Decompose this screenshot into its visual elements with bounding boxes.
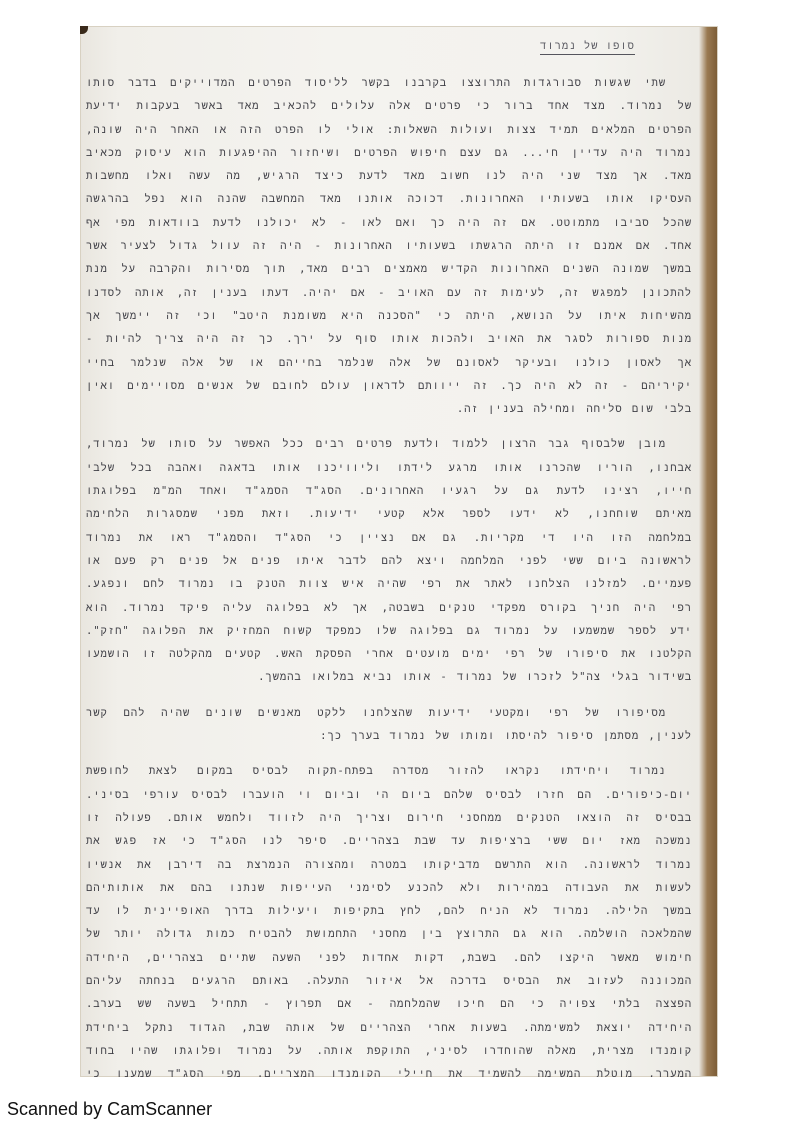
text-line: מהשיחות איתו על הנושא, היתה כי "הסכנה הי… (86, 305, 692, 328)
text-line: שתי שגשות סבורגדות התרוצצו בקרבנו בקשר ל… (86, 72, 692, 95)
text-line: שהכל סביבו מתמוטט. אם זה היה כך ואם לאו … (86, 212, 692, 235)
text-line: בלבי שום סליחה ומחילה בענין זה. (86, 398, 692, 421)
document-body: שתי שגשות סבורגדות התרוצצו בקרבנו בקשר ל… (86, 72, 692, 1077)
text-line: העסיקו אותו בשעותיו האחרונות. דכוכה אותנ… (86, 188, 692, 211)
text-line: המכוננה לעזוב את הבסיס בדרכה אל איזור הת… (86, 970, 692, 993)
camscanner-watermark: Scanned by CamScanner (7, 1099, 212, 1120)
text-line: היחידה יוצאת למשימתה. בשעות אחרי הצהריים… (86, 1017, 692, 1040)
text-line: בשידור בגלי צה"ל לזכרו של נמרוד - אותו נ… (86, 666, 692, 689)
text-line: קומנדו מצרית, מאלה שהוחדרו לסיני, התוקפת… (86, 1040, 692, 1063)
text-line: הקלטנו את סיפורו של רפי ימים מועטים אחרי… (86, 643, 692, 666)
text-line: רפי היה חניך בקורס מפקדי טנקים בשבטה, אך… (86, 597, 692, 620)
text-line: יקיריהם - זה לא היה כך. זה ייוותם לדראון… (86, 375, 692, 398)
paragraph-gap (86, 748, 692, 760)
text-line: של נמרוד. מצד אחד ברור כי פרטים אלה עלול… (86, 95, 692, 118)
text-line: במלחמה הזו היו די מקריות. גם אם נציין כי… (86, 527, 692, 550)
text-line: נמרוד היה עדיין חי... גם עצם חיפוש הפרטי… (86, 142, 692, 165)
text-line: ידע לספר שמשמעו על נמרוד גם בפלוגה שלו כ… (86, 620, 692, 643)
text-line: מנות ספורות לסגר את האויב ולהכות אותו סו… (86, 328, 692, 351)
text-line: לראשונה ביום ששי לפני המלחמה ויצא להם לד… (86, 550, 692, 573)
text-line: אך לאסון כולנו ובעיקר לאסונם של אלה שנלמ… (86, 352, 692, 375)
text-line: מאד. אך מצד שני היה לנו חשוב מאד לדעת כי… (86, 165, 692, 188)
text-line: בבסיס זה הוצאו הטנקים ממחסני חירום וצריך… (86, 807, 692, 830)
text-line: להתכונן למפגש זה, לעימות זה עם האויב - א… (86, 282, 692, 305)
text-line: המערך, מוטלת המשימה להשמיד את חיילי הקומ… (86, 1063, 692, 1077)
text-line: מובן שלבסוף גבר הרצון ללמוד ולדעת פרטים … (86, 433, 692, 456)
text-line: מסיפורו של רפי ומקטעי ידיעות שהצלחנו ללק… (86, 702, 692, 725)
text-line: נמרוד לראשונה. הוא התרשם מדביקותו במטרה … (86, 854, 692, 877)
text-line: שהמלאכה הושלמה. הוא גם התרוצץ בין מחסני … (86, 923, 692, 946)
text-line: לעשות את העבודה במהירות ולא להכנע לסימני… (86, 877, 692, 900)
paragraph: מובן שלבסוף גבר הרצון ללמוד ולדעת פרטים … (86, 433, 692, 689)
paragraph: מסיפורו של רפי ומקטעי ידיעות שהצלחנו ללק… (86, 702, 692, 749)
text-line: חימוש מאשר היקצו להם. בשבת, דקות אחדות ל… (86, 947, 692, 970)
text-line: חייו, רצינו לדעת גם על רגעיו האחרונים. ה… (86, 480, 692, 503)
text-line: הפרטים המלאים תמיד צצות ועולות השאלות: א… (86, 119, 692, 142)
text-line: לענין, מסתמן סיפור להיסתו ומותו של נמרוד… (86, 725, 692, 748)
paragraph: שתי שגשות סבורגדות התרוצצו בקרבנו בקשר ל… (86, 72, 692, 421)
text-line: נמשכה מאז יום ששי ברציפות עד שבת בצהריים… (86, 830, 692, 853)
paragraph-gap (86, 690, 692, 702)
text-line: הפצצה בלתי צפויה כי הם חיכו שהמלחמה - אם… (86, 993, 692, 1016)
text-line: במשך הלילה. נמרוד לא הניח להם, לחץ בתקיפ… (86, 900, 692, 923)
document-title: סופו של נמרוד (540, 40, 635, 55)
text-line: יום-כיפורים. הם חזרו לבסיס שלהם ביום הי … (86, 784, 692, 807)
paragraph-gap (86, 421, 692, 433)
text-line: אבחנו, הוריו שהכרנו אותו מרגע לידתו וליו… (86, 457, 692, 480)
paragraph: נמרוד ויחידתו נקראו להזור מסדרה בפתח-תקו… (86, 760, 692, 1077)
text-line: במשך שמונה השנים האחרונות הקדיש מאמצים ר… (86, 258, 692, 281)
text-line: מאיתם שוחחנו, לא ידעו לספר אלא קטעי ידיע… (86, 503, 692, 526)
text-line: נמרוד ויחידתו נקראו להזור מסדרה בפתח-תקו… (86, 760, 692, 783)
scanned-page: סופו של נמרוד שתי שגשות סבורגדות התרוצצו… (80, 26, 718, 1077)
text-line: פעמיים. למזלנו הצלחנו לאתר את רפי שהיה א… (86, 573, 692, 596)
text-line: אחד. אם אמנם זו היתה הרגשתו בשעותיו האחר… (86, 235, 692, 258)
